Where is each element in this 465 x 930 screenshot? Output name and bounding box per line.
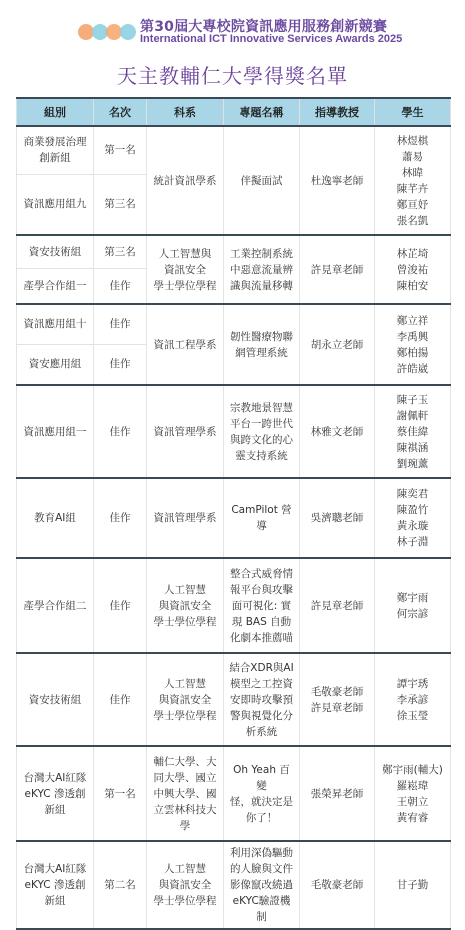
- column-header-students: 學生: [375, 98, 451, 126]
- column-header-project: 專題名稱: [224, 98, 300, 126]
- advisor-cell: 許見章老師: [300, 558, 375, 653]
- department-cell: 資訊管理學系: [147, 478, 224, 558]
- page-title: 天主教輔仁大學得獎名單: [0, 60, 465, 89]
- department-cell: 人工智慧 與資訊安全 學士學位學程: [147, 653, 224, 746]
- rank-cell: 第一名: [94, 126, 147, 174]
- group-cell: 產學合作組二: [17, 558, 94, 653]
- group-cell: 資安技術組: [17, 653, 94, 746]
- table-row: 台灣大AI紅隊 eKYC 滲透創 新組 第一名 輔仁大學、大 同大學、國立 中興…: [17, 746, 451, 841]
- table-row: 資安技術組 佳作 人工智慧 與資訊安全 學士學位學程 結合XDR與AI 模型之工…: [17, 653, 451, 746]
- students-cell: 鄭宇雨(輔大) 羅崧瑋 王朝立 黃宥睿: [375, 746, 451, 841]
- group-cell: 資訊應用組一: [17, 385, 94, 478]
- group-cell: 資安應用組: [17, 344, 94, 385]
- advisor-cell: 林雅文老師: [300, 385, 375, 478]
- department-cell: 資訊工程學系: [147, 304, 224, 385]
- awards-table: 組別 名次 科系 專題名稱 指導教授 學生 商業發展治理 創新組 第一名 統計資…: [16, 97, 451, 930]
- table-header-row: 組別 名次 科系 專題名稱 指導教授 學生: [17, 98, 451, 126]
- rank-cell: 第二名: [94, 841, 147, 929]
- group-cell: 商業發展治理 創新組: [17, 126, 94, 174]
- department-cell: 人工智慧 與資訊安全 學士學位學程: [147, 841, 224, 929]
- rank-cell: 佳作: [94, 304, 147, 344]
- project-cell: 整合式威脅情 報平台與攻擊 面可視化: 實 現 BAS 自動 化劇本推薦喵: [224, 558, 300, 653]
- students-cell: 陳奕君 陳盈竹 黃永璇 林子淵: [375, 478, 451, 558]
- project-cell: 伴擬面試: [224, 126, 300, 235]
- students-cell: 譚宇琇 李承諺 徐玉瑩: [375, 653, 451, 746]
- rank-cell: 第一名: [94, 746, 147, 841]
- group-cell: 資訊應用組十: [17, 304, 94, 344]
- rank-cell: 佳作: [94, 558, 147, 653]
- project-cell: 韌性醫療物聯 網管理系統: [224, 304, 300, 385]
- table-row: 商業發展治理 創新組 第一名 統計資訊學系 伴擬面試 杜逸寧老師 林煜棋 蕭易 …: [17, 126, 451, 174]
- table-row: 資安技術組 第三名 人工智慧與 資訊安全 學士學位學程 工業控制系統 中惡意流量…: [17, 235, 451, 268]
- department-cell: 輔仁大學、大 同大學、國立 中興大學、國 立雲林科技大 學: [147, 746, 224, 841]
- students-cell: 甘子勤: [375, 841, 451, 929]
- table-row: 資訊應用組一 佳作 資訊管理學系 宗教地景智慧 平台一跨世代 與跨文化的心 靈支…: [17, 385, 451, 478]
- group-cell: 資訊應用組九: [17, 174, 94, 235]
- rank-cell: 第三名: [94, 235, 147, 268]
- column-header-advisor: 指導教授: [300, 98, 375, 126]
- competition-banner: 第30屆大專校院資訊應用服務創新競賽 International ICT Inn…: [78, 16, 398, 48]
- rank-cell: 佳作: [94, 268, 147, 304]
- table-row: 教育AI組 佳作 資訊管理學系 CamPilot 營 導 吳濟聰老師 陳奕君 陳…: [17, 478, 451, 558]
- students-cell: 林芷埼 曾浚祐 陳柏安: [375, 235, 451, 304]
- advisor-cell: 吳濟聰老師: [300, 478, 375, 558]
- table-row: 產學合作組二 佳作 人工智慧 與資訊安全 學士學位學程 整合式威脅情 報平台與攻…: [17, 558, 451, 653]
- advisor-cell: 胡永立老師: [300, 304, 375, 385]
- advisor-cell: 毛敬豪老師 許見章老師: [300, 653, 375, 746]
- project-cell: 工業控制系統 中惡意流量辨 識與流量移轉: [224, 235, 300, 304]
- rank-cell: 佳作: [94, 478, 147, 558]
- column-header-department: 科系: [147, 98, 224, 126]
- rank-cell: 佳作: [94, 344, 147, 385]
- column-header-rank: 名次: [94, 98, 147, 126]
- group-cell: 教育AI組: [17, 478, 94, 558]
- advisor-cell: 杜逸寧老師: [300, 126, 375, 235]
- department-cell: 人工智慧 與資訊安全 學士學位學程: [147, 558, 224, 653]
- project-cell: CamPilot 營 導: [224, 478, 300, 558]
- project-cell: 利用深偽驅動 的人臉與文件 影像竄改繞過 eKYC驗證機 制: [224, 841, 300, 929]
- project-cell: 宗教地景智慧 平台一跨世代 與跨文化的心 靈支持系統: [224, 385, 300, 478]
- group-cell: 產學合作組一: [17, 268, 94, 304]
- project-cell: Oh Yeah 百變 怪，就決定是 你了！: [224, 746, 300, 841]
- group-cell: 台灣大AI紅隊 eKYC 滲透創 新組: [17, 841, 94, 929]
- rank-cell: 第三名: [94, 174, 147, 235]
- department-cell: 統計資訊學系: [147, 126, 224, 235]
- students-cell: 鄭立祥 李禹興 鄭柏揚 許皓崴: [375, 304, 451, 385]
- advisor-cell: 許見章老師: [300, 235, 375, 304]
- students-cell: 林煜棋 蕭易 林暐 陳芊卉 鄭亘妤 張名凱: [375, 126, 451, 235]
- project-cell: 結合XDR與AI 模型之工控資 安即時攻擊預 警與視覺化分 析系統: [224, 653, 300, 746]
- competition-title-en: International ICT Innovative Services Aw…: [140, 33, 402, 45]
- rank-cell: 佳作: [94, 385, 147, 478]
- students-cell: 鄭宇雨 何宗諺: [375, 558, 451, 653]
- award-2025-logo-icon: [78, 18, 136, 44]
- advisor-cell: 毛敬豪老師: [300, 841, 375, 929]
- advisor-cell: 張榮昇老師: [300, 746, 375, 841]
- group-cell: 資安技術組: [17, 235, 94, 268]
- group-cell: 台灣大AI紅隊 eKYC 滲透創 新組: [17, 746, 94, 841]
- table-row: 資訊應用組十 佳作 資訊工程學系 韌性醫療物聯 網管理系統 胡永立老師 鄭立祥 …: [17, 304, 451, 344]
- rank-cell: 佳作: [94, 653, 147, 746]
- department-cell: 人工智慧與 資訊安全 學士學位學程: [147, 235, 224, 304]
- table-row: 台灣大AI紅隊 eKYC 滲透創 新組 第二名 人工智慧 與資訊安全 學士學位學…: [17, 841, 451, 929]
- department-cell: 資訊管理學系: [147, 385, 224, 478]
- students-cell: 陳子玉 謝佩軒 蔡佳緯 陳祺涵 劉琬薰: [375, 385, 451, 478]
- column-header-group: 組別: [17, 98, 94, 126]
